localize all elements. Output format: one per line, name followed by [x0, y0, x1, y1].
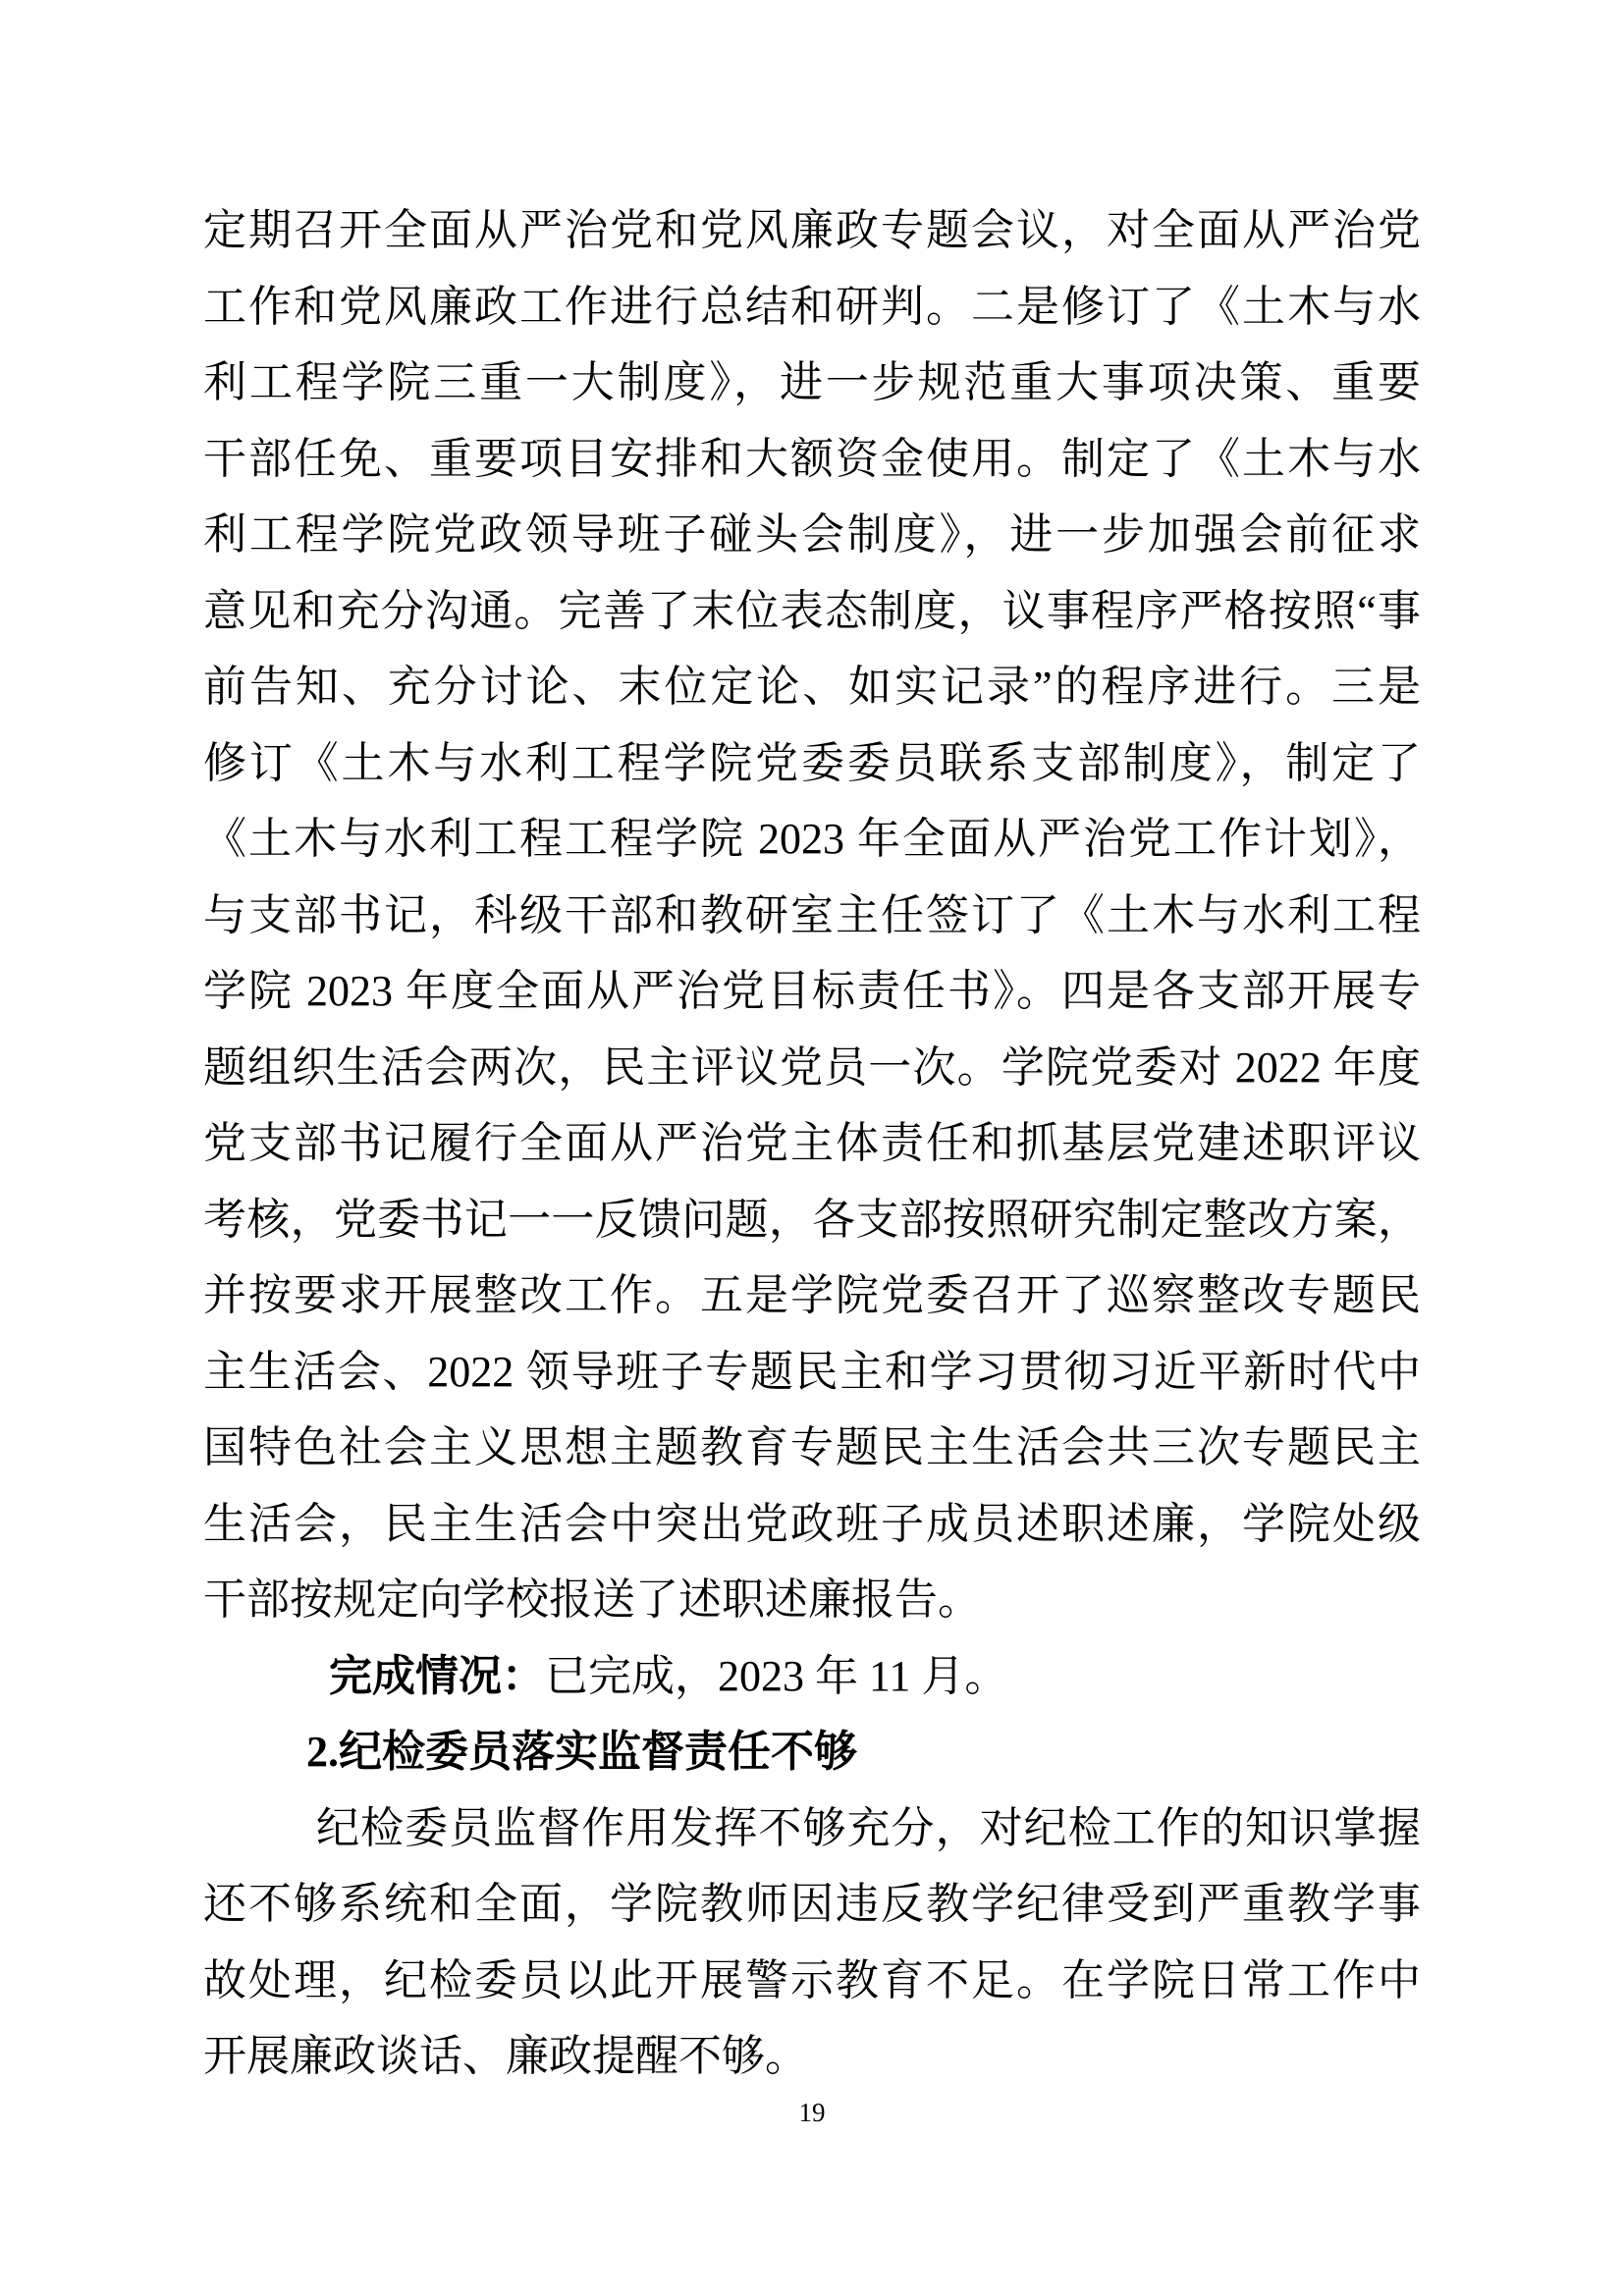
- text-line: 主生活会、2022 领导班子专题民主和学习贯彻习近平新时代中: [203, 1334, 1421, 1411]
- text-line: 利工程学院三重一大制度》，进一步规范重大事项决策、重要: [203, 345, 1421, 421]
- page-footer: 19: [0, 2097, 1624, 2128]
- text-line: 开展廉政谈话、廉政提醒不够。: [203, 2018, 1421, 2095]
- page-number: 19: [799, 2098, 826, 2127]
- text-line: 前告知、充分讨论、末位定论、如实记录”的程序进行。三是: [203, 649, 1421, 725]
- text-line: 利工程学院党政领导班子碰头会制度》，进一步加强会前征求: [203, 497, 1421, 573]
- text-line: 修订《土木与水利工程学院党委委员联系支部制度》，制定了: [203, 725, 1421, 802]
- text-line: 与支部书记，科级干部和教研室主任签订了《土木与水利工程: [203, 878, 1421, 954]
- text-line: 题组织生活会两次，民主评议党员一次。学院党委对 2022 年度: [203, 1030, 1421, 1106]
- section-heading: 2.纪检委员落实监督责任不够: [203, 1714, 1421, 1790]
- completion-status-value: 已完成，2023 年 11 月。: [545, 1652, 1007, 1700]
- text-line: 纪检委员监督作用发挥不够充分，对纪检工作的知识掌握: [203, 1790, 1421, 1867]
- text-line: 生活会，民主生活会中突出党政班子成员述职述廉，学院处级: [203, 1486, 1421, 1563]
- text-line: 干部任免、重要项目安排和大额资金使用。制定了《土木与水: [203, 421, 1421, 498]
- text-line: 故处理，纪检委员以此开展警示教育不足。在学院日常工作中: [203, 1943, 1421, 2019]
- text-line: 《土木与水利工程工程学院 2023 年全面从严治党工作计划》，: [203, 801, 1421, 878]
- text-line: 还不够系统和全面，学院教师因违反教学纪律受到严重教学事: [203, 1866, 1421, 1943]
- text-line: 定期召开全面从严治党和党风廉政专题会议，对全面从严治党: [203, 192, 1421, 269]
- text-line: 考核，党委书记一一反馈问题，各支部按照研究制定整改方案，: [203, 1182, 1421, 1258]
- text-line: 工作和党风廉政工作进行总结和研判。二是修订了《土木与水: [203, 269, 1421, 346]
- text-line: 完成情况：已完成，2023 年 11 月。: [203, 1638, 1421, 1715]
- document-page: 定期召开全面从严治党和党风廉政专题会议，对全面从严治党工作和党风廉政工作进行总结…: [0, 0, 1624, 2296]
- text-body: 定期召开全面从严治党和党风廉政专题会议，对全面从严治党工作和党风廉政工作进行总结…: [203, 192, 1421, 2095]
- text-line: 意见和充分沟通。完善了末位表态制度，议事程序严格按照“事: [203, 573, 1421, 650]
- text-line: 党支部书记履行全面从严治党主体责任和抓基层党建述职评议: [203, 1105, 1421, 1182]
- text-line: 干部按规定向学校报送了述职述廉报告。: [203, 1562, 1421, 1638]
- completion-status-label: 完成情况：: [329, 1652, 545, 1700]
- text-line: 并按要求开展整改工作。五是学院党委召开了巡察整改专题民: [203, 1257, 1421, 1334]
- text-line: 国特色社会主义思想主题教育专题民主生活会共三次专题民主: [203, 1410, 1421, 1486]
- text-line: 学院 2023 年度全面从严治党目标责任书》。四是各支部开展专: [203, 953, 1421, 1030]
